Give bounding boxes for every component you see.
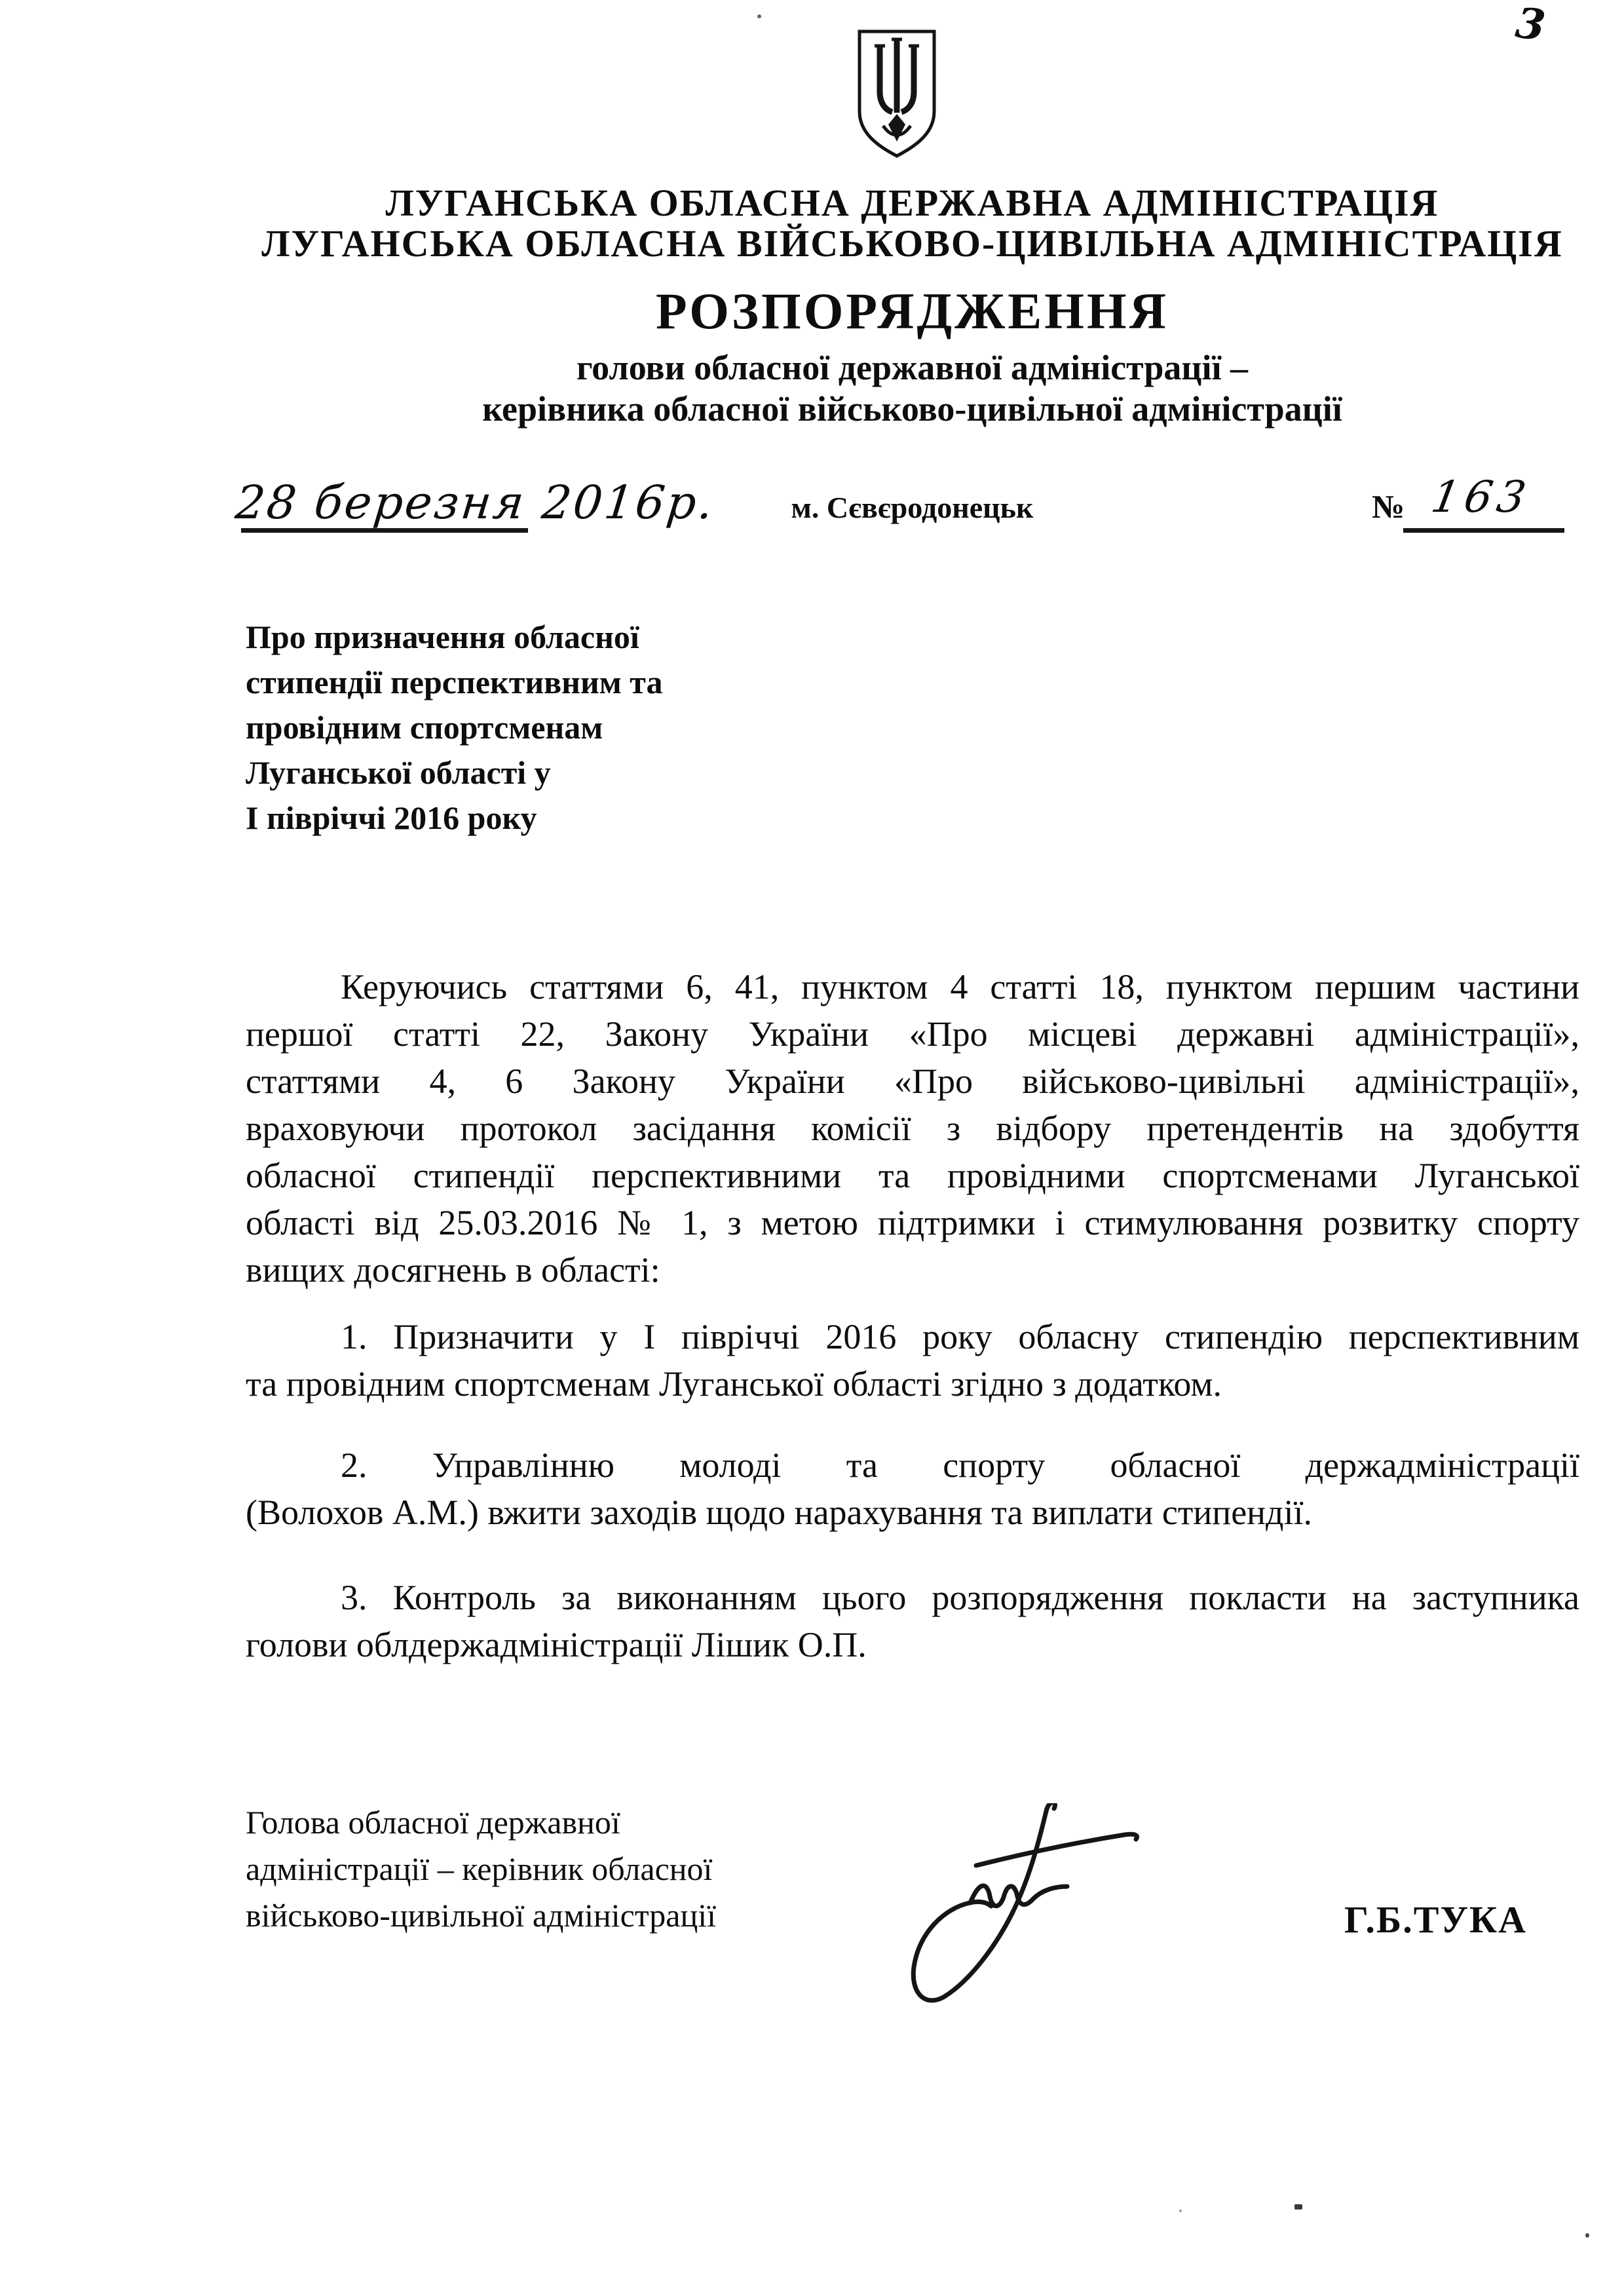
subject-block: Про призначення обласної стипендії персп… [246, 615, 875, 841]
text-line: 3. Контроль за виконанням цього розпоряд… [246, 1574, 1579, 1621]
document-number-sign: № [1372, 488, 1405, 526]
org-name-line2: ЛУГАНСЬКА ОБЛАСНА ВІЙСЬКОВО-ЦИВІЛЬНА АДМ… [246, 221, 1579, 265]
signatory-title-line: адміністрації – керівник обласної [246, 1846, 716, 1892]
text-line: 1. Призначити у І півріччі 2016 року обл… [246, 1313, 1579, 1360]
handwritten-signature-icon [907, 1803, 1144, 2009]
text-line: Керуючись статтями 6, 41, пунктом 4 стат… [246, 963, 1579, 1010]
signatory-title: Голова обласної державної адміністрації … [246, 1799, 716, 1939]
decree-item-3: 3. Контроль за виконанням цього розпоряд… [246, 1574, 1579, 1668]
subject-line: провідним спортсменам [246, 705, 875, 750]
subject-line: Про призначення обласної [246, 615, 875, 660]
issuer-title-line2: керівника обласної військово-цивільної а… [246, 389, 1579, 429]
scan-speck [757, 14, 761, 18]
subject-line: Луганської області у [246, 750, 875, 795]
decree-document-page: 3 ЛУГАНСЬКА ОБЛАСНА ДЕРЖАВНА АДМІНІСТРАЦ… [0, 0, 1624, 2296]
decree-item-2: 2. Управлінню молоді та спорту обласної … [246, 1442, 1579, 1536]
text-line: голови облдержадміністрації Лішик О.П. [246, 1621, 1579, 1668]
decree-item-1: 1. Призначити у І півріччі 2016 року обл… [246, 1313, 1579, 1407]
signatory-title-line: Голова обласної державної [246, 1799, 716, 1846]
scan-speck [1585, 2233, 1589, 2238]
text-line: вищих досягнень в області: [246, 1246, 1579, 1293]
handwritten-document-number: 163 [1427, 472, 1535, 522]
text-line: (Волохов А.М.) вжити заходів щодо нараху… [246, 1489, 1579, 1536]
scan-speck [1179, 2210, 1182, 2212]
scan-speck [1294, 2204, 1302, 2210]
text-line: першої статті 22, Закону України «Про мі… [246, 1010, 1579, 1058]
handwritten-page-number: 3 [1513, 0, 1548, 50]
subject-line: стипендії перспективним та [246, 660, 875, 705]
document-number-underline [1403, 528, 1564, 533]
document-type-title: РОЗПОРЯДЖЕННЯ [246, 282, 1579, 341]
text-line: статтями 4, 6 Закону України «Про військ… [246, 1058, 1579, 1105]
preamble-paragraph: Керуючись статтями 6, 41, пунктом 4 стат… [246, 963, 1579, 1293]
issuer-title-line1: голови обласної державної адміністрації … [246, 347, 1579, 388]
org-name-line1: ЛУГАНСЬКА ОБЛАСНА ДЕРЖАВНА АДМІНІСТРАЦІЯ [246, 181, 1579, 225]
ukraine-trident-emblem-icon [854, 26, 940, 163]
date-underline [241, 528, 528, 533]
text-line: враховуючи протокол засідання комісії з … [246, 1105, 1579, 1152]
subject-line: І півріччі 2016 року [246, 795, 875, 841]
text-line: та провідним спортсменам Луганської обла… [246, 1360, 1579, 1407]
text-line: 2. Управлінню молоді та спорту обласної … [246, 1442, 1579, 1489]
text-line: області від 25.03.2016 № 1, з метою підт… [246, 1199, 1579, 1246]
text-line: обласної стипендії перспективними та про… [246, 1152, 1579, 1199]
signatory-name: Г.Б.ТУКА [1344, 1898, 1527, 1942]
signatory-title-line: військово-цивільної адміністрації [246, 1892, 716, 1939]
